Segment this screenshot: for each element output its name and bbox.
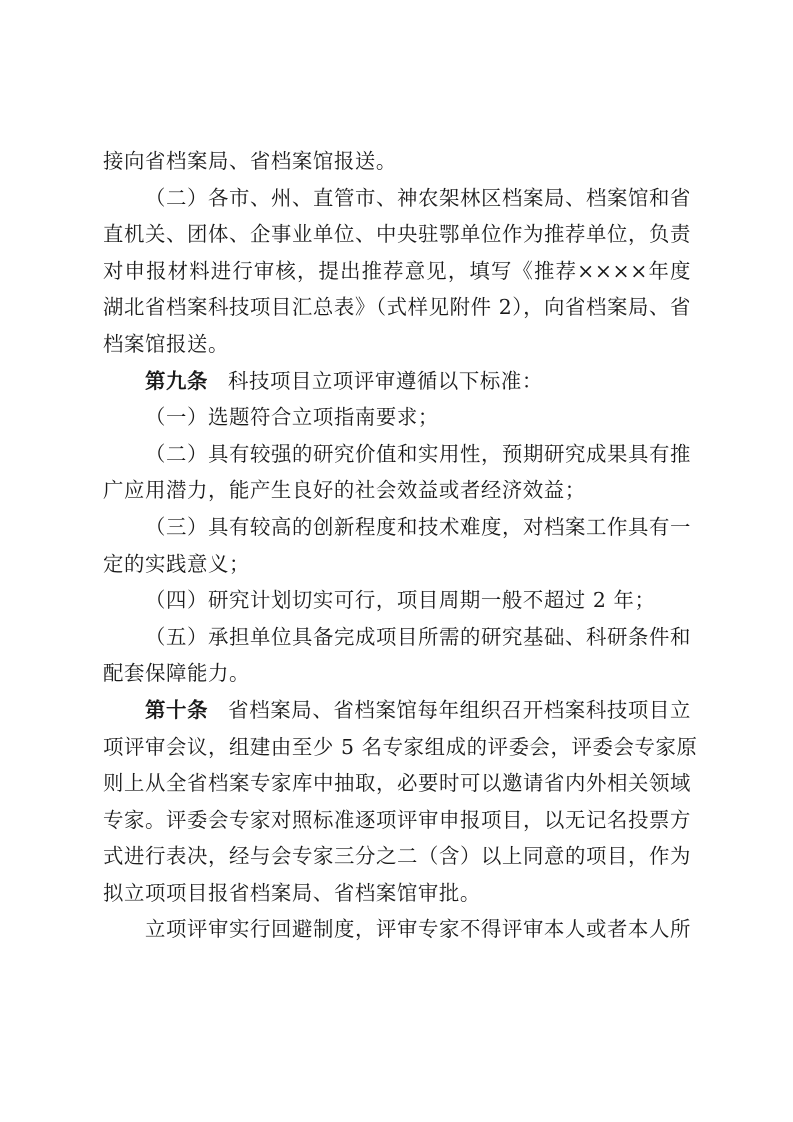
article-10-heading: 第十条 (145, 698, 208, 722)
criterion-5: （五）承担单位具备完成项目所需的研究基础、科研条件和 (103, 619, 691, 656)
text-line: 湖北省档案科技项目汇总表》（式样见附件 2），向省档案局、省 (103, 289, 691, 326)
criterion-3: （三）具有较高的创新程度和技术难度，对档案工作具有一 (103, 509, 691, 546)
article-10-line: 专家。评委会专家对照标准逐项评审申报项目，以无记名投票方 (103, 802, 691, 839)
article-10-line: 则上从全省档案专家库中抽取，必要时可以邀请省内外相关领域 (103, 765, 691, 802)
criterion-5-cont: 配套保障能力。 (103, 655, 691, 692)
criterion-2-cont: 广应用潜力，能产生良好的社会效益或者经济效益； (103, 472, 691, 509)
criterion-1: （一）选题符合立项指南要求； (103, 399, 691, 436)
text-line: 档案馆报送。 (103, 326, 691, 363)
article-10-line: 式进行表决，经与会专家三分之二（含）以上同意的项目，作为 (103, 838, 691, 875)
article-9-heading-line: 第九条科技项目立项评审遵循以下标准： (103, 363, 691, 400)
article-10-paragraph-2: 立项评审实行回避制度，评审专家不得评审本人或者本人所 (103, 911, 691, 948)
article-10-heading-line: 第十条省档案局、省档案馆每年组织召开档案科技项目立 (103, 692, 691, 729)
text-line: 对申报材料进行审核，提出推荐意见，填写《推荐××××年度 (103, 253, 691, 290)
text-line: 直机关、团体、企事业单位、中央驻鄂单位作为推荐单位，负责 (103, 216, 691, 253)
article-10-line: 拟立项项目报省档案局、省档案馆审批。 (103, 875, 691, 912)
article-10-first-line: 省档案局、省档案馆每年组织召开档案科技项目立 (228, 698, 691, 722)
document-page: 接向省档案局、省档案馆报送。 （二）各市、州、直管市、神农架林区档案局、档案馆和… (103, 143, 691, 948)
article-10-line: 项评审会议，组建由至少 5 名专家组成的评委会，评委会专家原 (103, 729, 691, 766)
criterion-2: （二）具有较强的研究价值和实用性，预期研究成果具有推 (103, 436, 691, 473)
article-9-intro: 科技项目立项评审遵循以下标准： (228, 369, 543, 393)
text-line: （二）各市、州、直管市、神农架林区档案局、档案馆和省 (103, 180, 691, 217)
text-line: 接向省档案局、省档案馆报送。 (103, 143, 691, 180)
article-9-heading: 第九条 (145, 369, 208, 393)
criterion-4: （四）研究计划切实可行，项目周期一般不超过 2 年； (103, 582, 691, 619)
criterion-3-cont: 定的实践意义； (103, 546, 691, 583)
